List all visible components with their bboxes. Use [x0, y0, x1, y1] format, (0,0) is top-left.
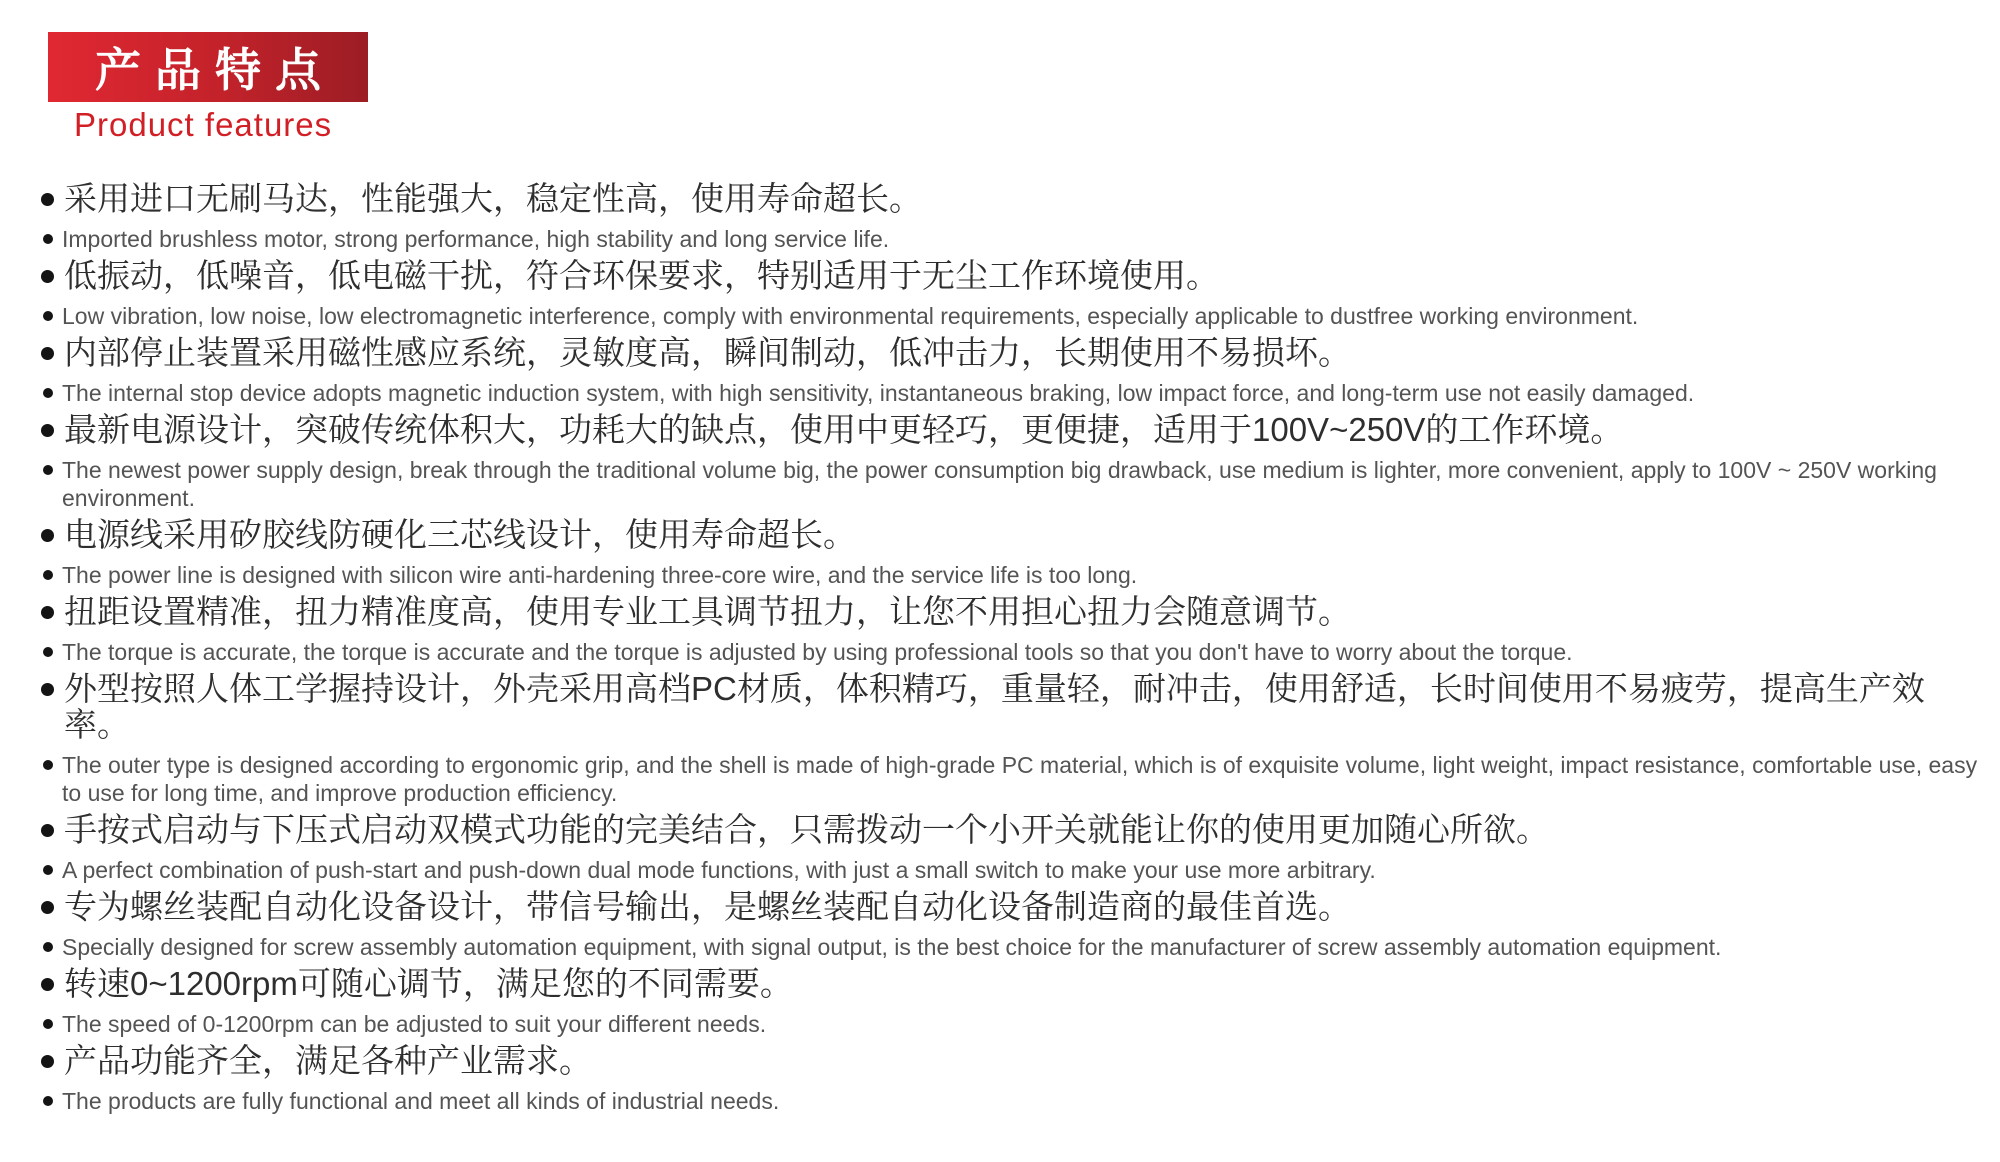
feature-en-line: The torque is accurate, the torque is ac… [40, 638, 1988, 666]
bullet-icon [43, 760, 53, 770]
feature-item: 专为螺丝装配自动化设备设计，带信号输出，是螺丝装配自动化设备制造商的最佳首选。 … [40, 889, 1988, 961]
feature-en-text: Imported brushless motor, strong perform… [62, 225, 1988, 253]
feature-item: 最新电源设计，突破传统体积大，功耗大的缺点，使用中更轻巧，更便捷，适用于100V… [40, 412, 1988, 512]
feature-item: 电源线采用矽胶线防硬化三芯线设计，使用寿命超长。 The power line … [40, 517, 1988, 589]
bullet-icon [41, 270, 54, 283]
feature-zh-line: 内部停止装置采用磁性感应系统，灵敏度高，瞬间制动，低冲击力，长期使用不易损坏。 [40, 335, 1988, 371]
feature-zh-line: 外型按照人体工学握持设计，外壳采用高档PC材质，体积精巧，重量轻，耐冲击，使用舒… [40, 671, 1988, 743]
feature-zh-line: 扭距设置精准，扭力精准度高，使用专业工具调节扭力，让您不用担心扭力会随意调节。 [40, 594, 1988, 630]
feature-zh-text: 产品功能齐全，满足各种产业需求。 [64, 1043, 1988, 1079]
feature-en-text: The torque is accurate, the torque is ac… [62, 638, 1988, 666]
feature-zh-line: 产品功能齐全，满足各种产业需求。 [40, 1043, 1988, 1079]
feature-en-text: The power line is designed with silicon … [62, 561, 1988, 589]
feature-en-text: The newest power supply design, break th… [62, 456, 1988, 512]
feature-zh-line: 电源线采用矽胶线防硬化三芯线设计，使用寿命超长。 [40, 517, 1988, 553]
feature-zh-line: 专为螺丝装配自动化设备设计，带信号输出，是螺丝装配自动化设备制造商的最佳首选。 [40, 889, 1988, 925]
bullet-icon [43, 234, 53, 244]
feature-en-text: The internal stop device adopts magnetic… [62, 379, 1988, 407]
feature-en-line: The internal stop device adopts magnetic… [40, 379, 1988, 407]
feature-en-line: The power line is designed with silicon … [40, 561, 1988, 589]
feature-en-line: Specially designed for screw assembly au… [40, 933, 1988, 961]
bullet-icon [43, 311, 53, 321]
bullet-icon [43, 570, 53, 580]
feature-zh-text: 内部停止装置采用磁性感应系统，灵敏度高，瞬间制动，低冲击力，长期使用不易损坏。 [64, 335, 1988, 371]
feature-zh-text: 外型按照人体工学握持设计，外壳采用高档PC材质，体积精巧，重量轻，耐冲击，使用舒… [64, 671, 1988, 743]
bullet-icon [41, 424, 54, 437]
feature-zh-line: 最新电源设计，突破传统体积大，功耗大的缺点，使用中更轻巧，更便捷，适用于100V… [40, 412, 1988, 448]
bullet-icon [43, 647, 53, 657]
bullet-icon [41, 606, 54, 619]
bullet-icon [43, 1096, 53, 1106]
feature-en-line: A perfect combination of push-start and … [40, 856, 1988, 884]
bullet-icon [43, 388, 53, 398]
feature-en-text: The products are fully functional and me… [62, 1087, 1988, 1115]
bullet-icon [41, 978, 54, 991]
feature-zh-text: 电源线采用矽胶线防硬化三芯线设计，使用寿命超长。 [64, 517, 1988, 553]
feature-list: 采用进口无刷马达，性能强大，稳定性高，使用寿命超长。 Imported brus… [40, 181, 1990, 1115]
feature-zh-text: 扭距设置精准，扭力精准度高，使用专业工具调节扭力，让您不用担心扭力会随意调节。 [64, 594, 1988, 630]
bullet-icon [41, 1055, 54, 1068]
feature-zh-text: 最新电源设计，突破传统体积大，功耗大的缺点，使用中更轻巧，更便捷，适用于100V… [64, 412, 1988, 448]
feature-zh-text: 采用进口无刷马达，性能强大，稳定性高，使用寿命超长。 [64, 181, 1988, 217]
product-features-page: 产品特点 Product features 采用进口无刷马达，性能强大，稳定性高… [0, 0, 2000, 1162]
feature-item: 采用进口无刷马达，性能强大，稳定性高，使用寿命超长。 Imported brus… [40, 181, 1988, 253]
feature-item: 产品功能齐全，满足各种产业需求。 The products are fully … [40, 1043, 1988, 1115]
feature-zh-text: 低振动，低噪音，低电磁干扰，符合环保要求，特别适用于无尘工作环境使用。 [64, 258, 1988, 294]
feature-en-line: Low vibration, low noise, low electromag… [40, 302, 1988, 330]
feature-en-text: The speed of 0-1200rpm can be adjusted t… [62, 1010, 1988, 1038]
feature-en-line: The newest power supply design, break th… [40, 456, 1988, 512]
bullet-icon [41, 901, 54, 914]
feature-zh-line: 转速0~1200rpm可随心调节，满足您的不同需要。 [40, 966, 1988, 1002]
section-title-zh: 产品特点 [81, 34, 335, 100]
bullet-icon [41, 683, 54, 696]
feature-item: 外型按照人体工学握持设计，外壳采用高档PC材质，体积精巧，重量轻，耐冲击，使用舒… [40, 671, 1988, 807]
bullet-icon [43, 1019, 53, 1029]
bullet-icon [43, 942, 53, 952]
feature-item: 扭距设置精准，扭力精准度高，使用专业工具调节扭力，让您不用担心扭力会随意调节。 … [40, 594, 1988, 666]
bullet-icon [43, 865, 53, 875]
feature-zh-text: 专为螺丝装配自动化设备设计，带信号输出，是螺丝装配自动化设备制造商的最佳首选。 [64, 889, 1988, 925]
bullet-icon [43, 465, 53, 475]
feature-en-text: The outer type is designed according to … [62, 751, 1988, 807]
feature-zh-line: 手按式启动与下压式启动双模式功能的完美结合，只需拨动一个小开关就能让你的使用更加… [40, 812, 1988, 848]
bullet-icon [41, 193, 54, 206]
feature-item: 手按式启动与下压式启动双模式功能的完美结合，只需拨动一个小开关就能让你的使用更加… [40, 812, 1988, 884]
feature-en-line: The outer type is designed according to … [40, 751, 1988, 807]
feature-en-text: Specially designed for screw assembly au… [62, 933, 1988, 961]
feature-zh-text: 手按式启动与下压式启动双模式功能的完美结合，只需拨动一个小开关就能让你的使用更加… [64, 812, 1988, 848]
feature-zh-line: 采用进口无刷马达，性能强大，稳定性高，使用寿命超长。 [40, 181, 1988, 217]
bullet-icon [41, 347, 54, 360]
section-title-en: Product features [74, 107, 1990, 143]
section-title-banner: 产品特点 [48, 32, 368, 102]
feature-en-line: The speed of 0-1200rpm can be adjusted t… [40, 1010, 1988, 1038]
bullet-icon [41, 529, 54, 542]
bullet-icon [41, 824, 54, 837]
feature-item: 低振动，低噪音，低电磁干扰，符合环保要求，特别适用于无尘工作环境使用。 Low … [40, 258, 1988, 330]
feature-en-text: A perfect combination of push-start and … [62, 856, 1988, 884]
feature-en-text: Low vibration, low noise, low electromag… [62, 302, 1988, 330]
feature-zh-line: 低振动，低噪音，低电磁干扰，符合环保要求，特别适用于无尘工作环境使用。 [40, 258, 1988, 294]
feature-item: 转速0~1200rpm可随心调节，满足您的不同需要。 The speed of … [40, 966, 1988, 1038]
feature-en-line: The products are fully functional and me… [40, 1087, 1988, 1115]
feature-zh-text: 转速0~1200rpm可随心调节，满足您的不同需要。 [64, 966, 1988, 1002]
feature-en-line: Imported brushless motor, strong perform… [40, 225, 1988, 253]
feature-item: 内部停止装置采用磁性感应系统，灵敏度高，瞬间制动，低冲击力，长期使用不易损坏。 … [40, 335, 1988, 407]
